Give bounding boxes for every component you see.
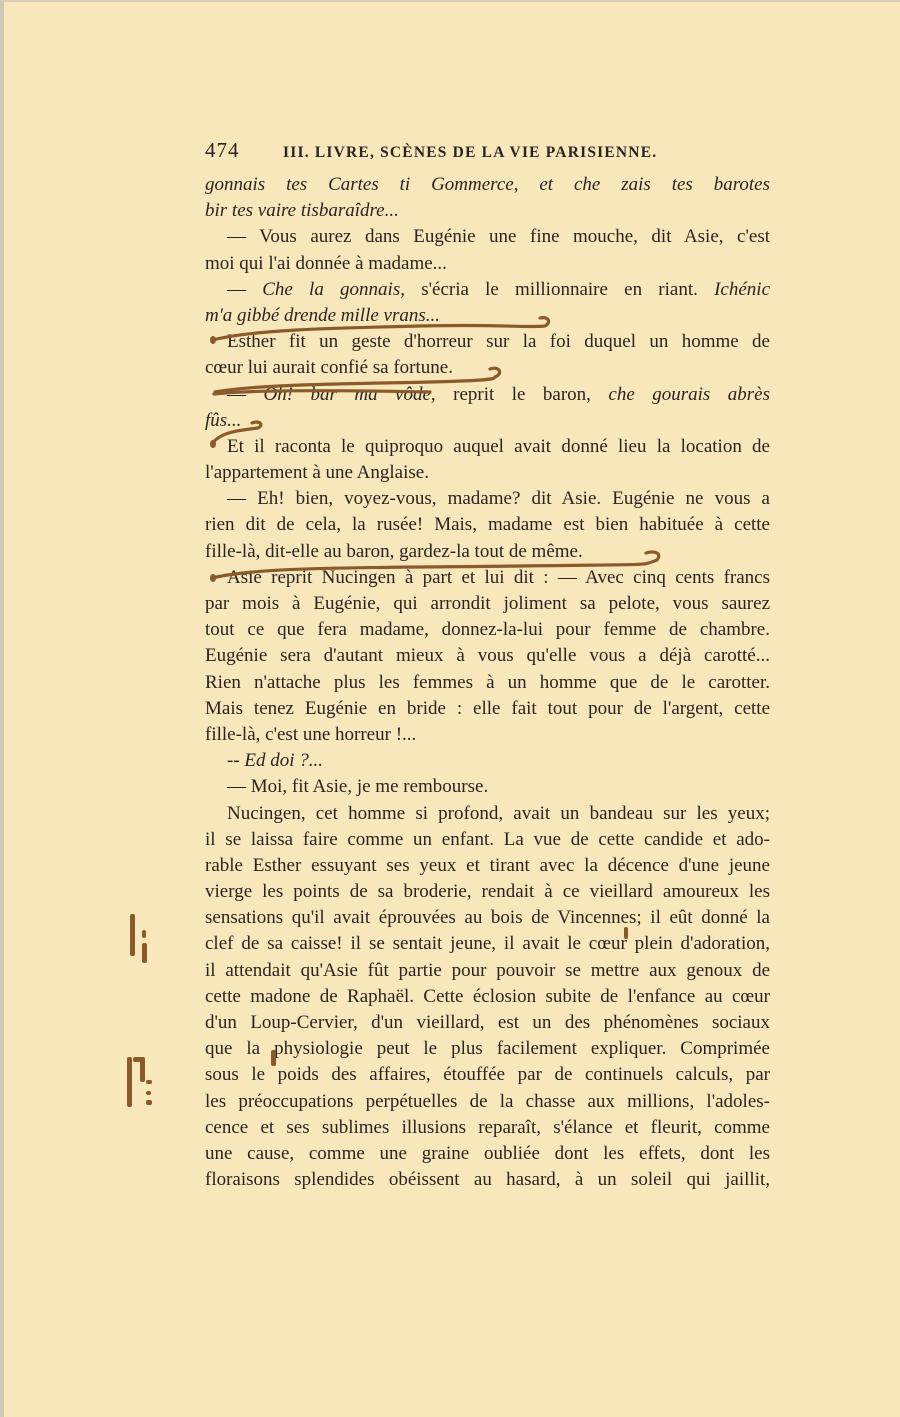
text-span: fille-là, c'est une horreur !... xyxy=(205,724,416,745)
text-span: Mais tenez Eugénie en bride : elle fait … xyxy=(205,698,770,719)
text-line: Esther fit un geste d'horreur sur la foi… xyxy=(205,329,770,355)
text-line: fille-là, dit-elle au baron, gardez-la t… xyxy=(205,539,770,565)
text-span: — Eh! bien, voyez-vous, madame? dit Asie… xyxy=(227,488,770,509)
italic-dialect-text: Ichénic xyxy=(714,279,770,300)
text-span: moi qui l'ai donnée à madame... xyxy=(205,253,447,274)
text-line: fille-là, c'est une horreur !... xyxy=(205,722,770,748)
text-line: m'a gibbé drende mille vrans... xyxy=(205,303,770,329)
text-line: clef de sa caisse! il se sentait jeune, … xyxy=(205,931,770,957)
italic-dialect-text: gonnais tes Cartes ti Gommerce, et che z… xyxy=(205,174,770,195)
text-line: il se laissa faire comme un enfant. La v… xyxy=(205,827,770,853)
text-span: par mois à Eugénie, qui arrondit jolimen… xyxy=(205,593,770,614)
text-line: Mais tenez Eugénie en bride : elle fait … xyxy=(205,696,770,722)
text-span: cence et ses sublimes illusions reparaît… xyxy=(205,1117,770,1138)
text-span: rien dit de cela, la rusée! Mais, madame… xyxy=(205,514,770,535)
text-line: Asie reprit Nucingen à part et lui dit :… xyxy=(205,565,770,591)
text-span: Et il raconta le quiproquo auquel avait … xyxy=(227,436,770,457)
text-span: fille-là, dit-elle au baron, gardez-la t… xyxy=(205,541,583,562)
italic-dialect-text: Oh! bar ma vôde xyxy=(263,384,430,405)
text-span: , s'écria le millionnaire en riant. xyxy=(400,279,714,300)
text-line: — Moi, fit Asie, je me rembourse. xyxy=(205,774,770,800)
text-line: que la physiologie peut le plus facileme… xyxy=(205,1036,770,1062)
text-span: il se laissa faire comme un enfant. La v… xyxy=(205,829,770,850)
text-line: gonnais tes Cartes ti Gommerce, et che z… xyxy=(205,172,770,198)
text-span: Asie reprit Nucingen à part et lui dit :… xyxy=(227,567,770,588)
text-line: Eugénie sera d'autant mieux à vous qu'el… xyxy=(205,643,770,669)
italic-dialect-text: Che la gonnais xyxy=(262,279,400,300)
text-span: Nucingen, cet homme si profond, avait un… xyxy=(227,803,770,824)
running-head-title: III. LIVRE, SCÈNES DE LA VIE PARISIENNE. xyxy=(283,144,657,162)
text-span: , reprit le baron, xyxy=(431,384,609,405)
text-line: une cause, comme une graine oubliée dont… xyxy=(205,1141,770,1167)
text-span: rable Esther essuyant ses yeux et tirant… xyxy=(205,855,770,876)
text-line: floraisons splendides obéissent au hasar… xyxy=(205,1167,770,1193)
text-span: les préoccupations perpétuelles de la ch… xyxy=(205,1091,770,1112)
book-page: 474 III. LIVRE, SCÈNES DE LA VIE PARISIE… xyxy=(205,138,770,1193)
running-header: 474 III. LIVRE, SCÈNES DE LA VIE PARISIE… xyxy=(205,138,770,172)
text-line: rien dit de cela, la rusée! Mais, madame… xyxy=(205,512,770,538)
text-line: — Vous aurez dans Eugénie une fine mouch… xyxy=(205,224,770,250)
margin-marks xyxy=(127,914,152,1107)
text-span: une cause, comme une graine oubliée dont… xyxy=(205,1143,770,1164)
text-span: — Vous aurez dans Eugénie une fine mouch… xyxy=(227,226,770,247)
scan-edge-left xyxy=(0,0,4,1417)
scan-edge-top xyxy=(0,0,900,2)
text-span: floraisons splendides obéissent au hasar… xyxy=(205,1169,770,1190)
text-span: tout ce que fera madame, donnez-la-lui p… xyxy=(205,619,770,640)
text-line: rable Esther essuyant ses yeux et tirant… xyxy=(205,853,770,879)
text-line: cence et ses sublimes illusions reparaît… xyxy=(205,1115,770,1141)
text-span: Eugénie sera d'autant mieux à vous qu'el… xyxy=(205,645,770,666)
text-line: -- Ed doi ?... xyxy=(205,748,770,774)
text-line: les préoccupations perpétuelles de la ch… xyxy=(205,1089,770,1115)
text-line: — Eh! bien, voyez-vous, madame? dit Asie… xyxy=(205,486,770,512)
text-line: fûs... xyxy=(205,408,770,434)
text-line: — Che la gonnais, s'écria le millionnair… xyxy=(205,277,770,303)
text-span: cette madone de Raphaël. Cette éclosion … xyxy=(205,986,770,1007)
text-line: cœur lui aurait confié sa fortune. xyxy=(205,355,770,381)
text-span: — Moi, fit Asie, je me rembourse. xyxy=(227,776,488,797)
text-line: Et il raconta le quiproquo auquel avait … xyxy=(205,434,770,460)
body-text: gonnais tes Cartes ti Gommerce, et che z… xyxy=(205,172,770,1193)
text-span: il attendait qu'Asie fût partie pour pou… xyxy=(205,960,770,981)
page-number: 474 xyxy=(205,138,283,163)
italic-dialect-text: bir tes vaire tisbaraîdre... xyxy=(205,200,399,221)
italic-dialect-text: che gourais abrès xyxy=(608,384,770,405)
text-span: — xyxy=(227,279,262,300)
text-span: cœur lui aurait confié sa fortune. xyxy=(205,357,453,378)
text-span: — xyxy=(227,384,263,405)
text-line: d'un Loup-Cervier, d'un vieillard, est u… xyxy=(205,1010,770,1036)
text-line: bir tes vaire tisbaraîdre... xyxy=(205,198,770,224)
italic-dialect-text: m'a gibbé drende mille vrans... xyxy=(205,305,440,326)
italic-dialect-text: -- Ed doi ?... xyxy=(227,750,323,771)
text-line: par mois à Eugénie, qui arrondit jolimen… xyxy=(205,591,770,617)
text-line: Rien n'attache plus les femmes à un homm… xyxy=(205,670,770,696)
text-span: sensations qu'il avait éprouvées au bois… xyxy=(205,907,770,928)
text-line: sensations qu'il avait éprouvées au bois… xyxy=(205,905,770,931)
text-span: que la physiologie peut le plus facileme… xyxy=(205,1038,770,1059)
italic-dialect-text: fûs... xyxy=(205,410,241,431)
text-line: Nucingen, cet homme si profond, avait un… xyxy=(205,801,770,827)
text-line: — Oh! bar ma vôde, reprit le baron, che … xyxy=(205,382,770,408)
text-span: Esther fit un geste d'horreur sur la foi… xyxy=(227,331,770,352)
text-line: cette madone de Raphaël. Cette éclosion … xyxy=(205,984,770,1010)
text-line: il attendait qu'Asie fût partie pour pou… xyxy=(205,958,770,984)
text-span: vierge les points de sa broderie, rendai… xyxy=(205,881,770,902)
text-line: sous le poids des affaires, étouffée par… xyxy=(205,1062,770,1088)
text-line: vierge les points de sa broderie, rendai… xyxy=(205,879,770,905)
text-span: clef de sa caisse! il se sentait jeune, … xyxy=(205,933,770,954)
text-span: d'un Loup-Cervier, d'un vieillard, est u… xyxy=(205,1012,770,1033)
text-line: moi qui l'ai donnée à madame... xyxy=(205,251,770,277)
text-line: l'appartement à une Anglaise. xyxy=(205,460,770,486)
text-span: sous le poids des affaires, étouffée par… xyxy=(205,1064,770,1085)
text-span: l'appartement à une Anglaise. xyxy=(205,462,429,483)
text-line: tout ce que fera madame, donnez-la-lui p… xyxy=(205,617,770,643)
text-span: Rien n'attache plus les femmes à un homm… xyxy=(205,672,770,693)
